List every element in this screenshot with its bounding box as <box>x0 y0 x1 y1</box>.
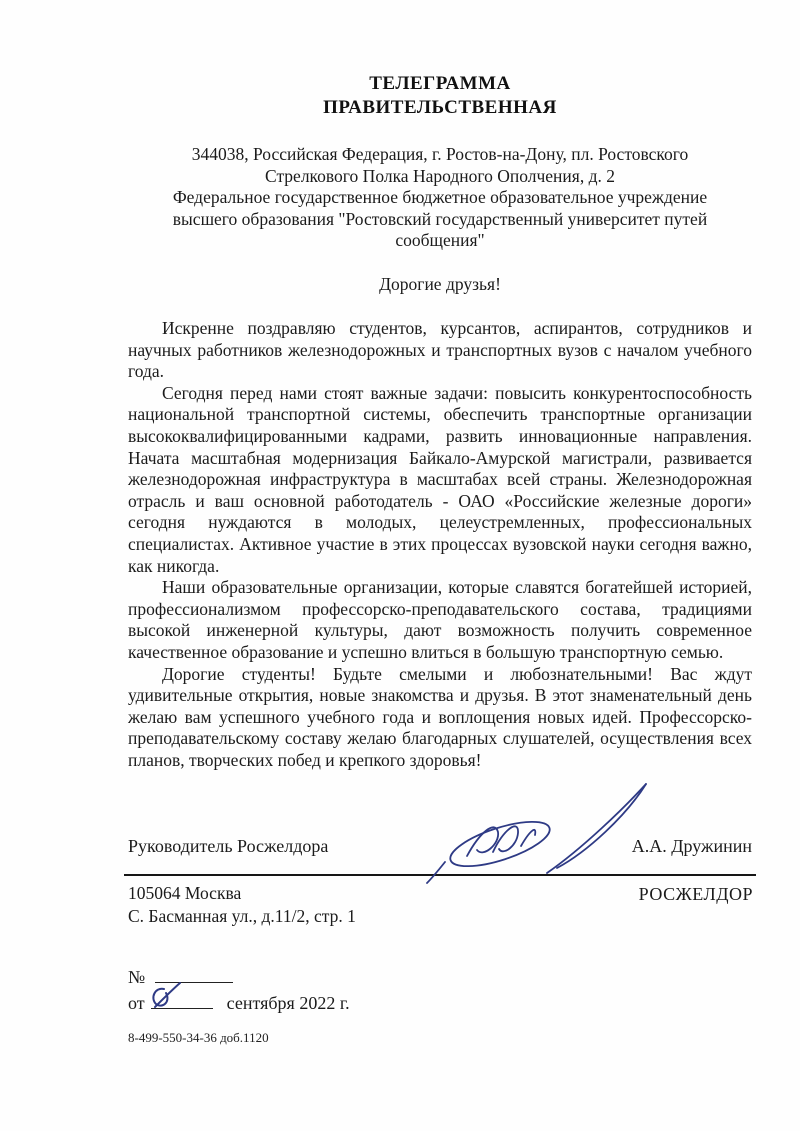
body-paragraph: Наши образовательные организации, которы… <box>128 577 752 663</box>
signer-position-title: Руководитель Росжелдора <box>128 836 328 857</box>
body-paragraph: Дорогие студенты! Будьте смелыми и любоз… <box>128 664 752 772</box>
title-line-2: ПРАВИТЕЛЬСТВЕННАЯ <box>128 96 752 120</box>
body-paragraph: Сегодня перед нами стоят важные задачи: … <box>128 383 752 577</box>
telegram-document-page: ТЕЛЕГРАММА ПРАВИТЕЛЬСТВЕННАЯ 344038, Рос… <box>0 0 800 1131</box>
contact-phone: 8-499-550-34-36 доб.1120 <box>128 1030 752 1046</box>
date-suffix-label: сентября 2022 г. <box>227 993 350 1013</box>
recipient-address-line: сообщения" <box>128 230 752 252</box>
recipient-address-line: Стрелкового Полка Народного Ополчения, д… <box>128 166 752 188</box>
salutation: Дорогие друзья! <box>128 274 752 295</box>
recipient-address-line: Федеральное государственное бюджетное об… <box>128 187 752 209</box>
reference-date-line: отсентября 2022 г. <box>128 990 752 1016</box>
reference-block: № отсентября 2022 г. <box>128 964 752 1016</box>
sender-street-line: С. Басманная ул., д.11/2, стр. 1 <box>128 905 752 928</box>
letter-body: Искренне поздравляю студентов, курсантов… <box>128 318 752 771</box>
reference-number-line: № <box>128 964 752 990</box>
document-title: ТЕЛЕГРАММА ПРАВИТЕЛЬСТВЕННАЯ <box>128 72 752 120</box>
handwritten-day-mark-icon <box>147 980 191 1010</box>
recipient-address-block: 344038, Российская Федерация, г. Ростов-… <box>128 144 752 252</box>
sender-organization: РОСЖЕЛДОР <box>639 884 753 905</box>
handwritten-signature-icon <box>425 772 675 884</box>
number-label: № <box>128 967 145 987</box>
title-line-1: ТЕЛЕГРАММА <box>128 72 752 96</box>
body-paragraph: Искренне поздравляю студентов, курсантов… <box>128 318 752 383</box>
recipient-address-line: 344038, Российская Федерация, г. Ростов-… <box>128 144 752 166</box>
date-prefix-label: от <box>128 993 145 1013</box>
recipient-address-line: высшего образования "Ростовский государс… <box>128 209 752 231</box>
date-day-blank-field <box>151 992 213 1009</box>
